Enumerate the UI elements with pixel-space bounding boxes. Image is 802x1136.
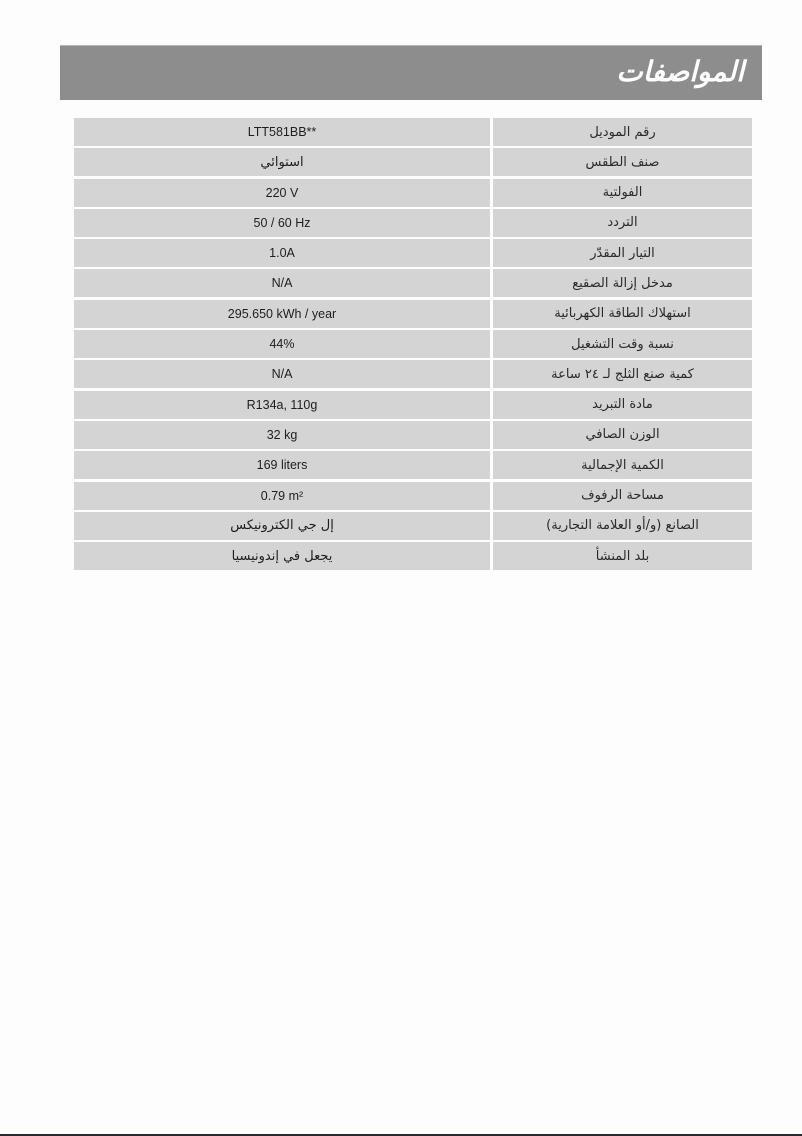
spec-value: 32 kg xyxy=(74,421,490,449)
spec-label: كمية صنع الثلج لـ ٢٤ ساعة xyxy=(493,360,752,388)
spec-value: استوائي xyxy=(74,148,490,176)
spec-label: الوزن الصافي xyxy=(493,421,752,449)
spec-row-climate-class: استوائي صنف الطقس xyxy=(74,148,752,176)
spec-row-country-of-origin: يجعل في إندونيسيا بلد المنشأ xyxy=(74,542,752,570)
specifications-table: LTT581BB** رقم الموديل استوائي صنف الطقس… xyxy=(74,118,752,572)
spec-row-refrigerant: R134a, 110g مادة التبريد xyxy=(74,391,752,419)
spec-value: N/A xyxy=(74,269,490,297)
spec-value: R134a, 110g xyxy=(74,391,490,419)
spec-row-shelf-area: 0.79 m² مساحة الرفوف xyxy=(74,482,752,510)
section-title: المواصفات xyxy=(616,52,744,92)
section-header-bar: المواصفات xyxy=(60,45,762,100)
spec-value: 295.650 kWh / year xyxy=(74,300,490,328)
spec-value: 169 liters xyxy=(74,451,490,479)
spec-label: مادة التبريد xyxy=(493,391,752,419)
spec-row-defrost-input: N/A مدخل إزالة الصقيع xyxy=(74,269,752,297)
spec-label: مساحة الرفوف xyxy=(493,482,752,510)
spec-label: الصانع (و/أو العلامة التجارية) xyxy=(493,512,752,540)
spec-row-rated-current: 1.0A التيار المقدّر xyxy=(74,239,752,267)
spec-row-energy-consumption: 295.650 kWh / year استهلاك الطاقة الكهرب… xyxy=(74,300,752,328)
spec-label: نسبة وقت التشغيل xyxy=(493,330,752,358)
spec-row-running-time-ratio: 44% نسبة وقت التشغيل xyxy=(74,330,752,358)
spec-label: التردد xyxy=(493,209,752,237)
spec-value: إل جي الكترونيكس xyxy=(74,512,490,540)
spec-row-manufacturer: إل جي الكترونيكس الصانع (و/أو العلامة ال… xyxy=(74,512,752,540)
spec-value: 44% xyxy=(74,330,490,358)
spec-row-net-weight: 32 kg الوزن الصافي xyxy=(74,421,752,449)
spec-label: الكمية الإجمالية xyxy=(493,451,752,479)
spec-value: 50 / 60 Hz xyxy=(74,209,490,237)
spec-row-total-capacity: 169 liters الكمية الإجمالية xyxy=(74,451,752,479)
spec-value: 220 V xyxy=(74,179,490,207)
spec-label: بلد المنشأ xyxy=(493,542,752,570)
spec-value: يجعل في إندونيسيا xyxy=(74,542,490,570)
spec-value: 0.79 m² xyxy=(74,482,490,510)
spec-label: استهلاك الطاقة الكهربائية xyxy=(493,300,752,328)
spec-row-frequency: 50 / 60 Hz التردد xyxy=(74,209,752,237)
spec-value: N/A xyxy=(74,360,490,388)
spec-label: مدخل إزالة الصقيع xyxy=(493,269,752,297)
spec-row-model-number: LTT581BB** رقم الموديل xyxy=(74,118,752,146)
spec-label: الفولتية xyxy=(493,179,752,207)
spec-row-voltage: 220 V الفولتية xyxy=(74,179,752,207)
spec-label: التيار المقدّر xyxy=(493,239,752,267)
spec-row-ice-making-capacity: N/A كمية صنع الثلج لـ ٢٤ ساعة xyxy=(74,360,752,388)
spec-label: صنف الطقس xyxy=(493,148,752,176)
spec-label: رقم الموديل xyxy=(493,118,752,146)
spec-value: 1.0A xyxy=(74,239,490,267)
spec-value: LTT581BB** xyxy=(74,118,490,146)
